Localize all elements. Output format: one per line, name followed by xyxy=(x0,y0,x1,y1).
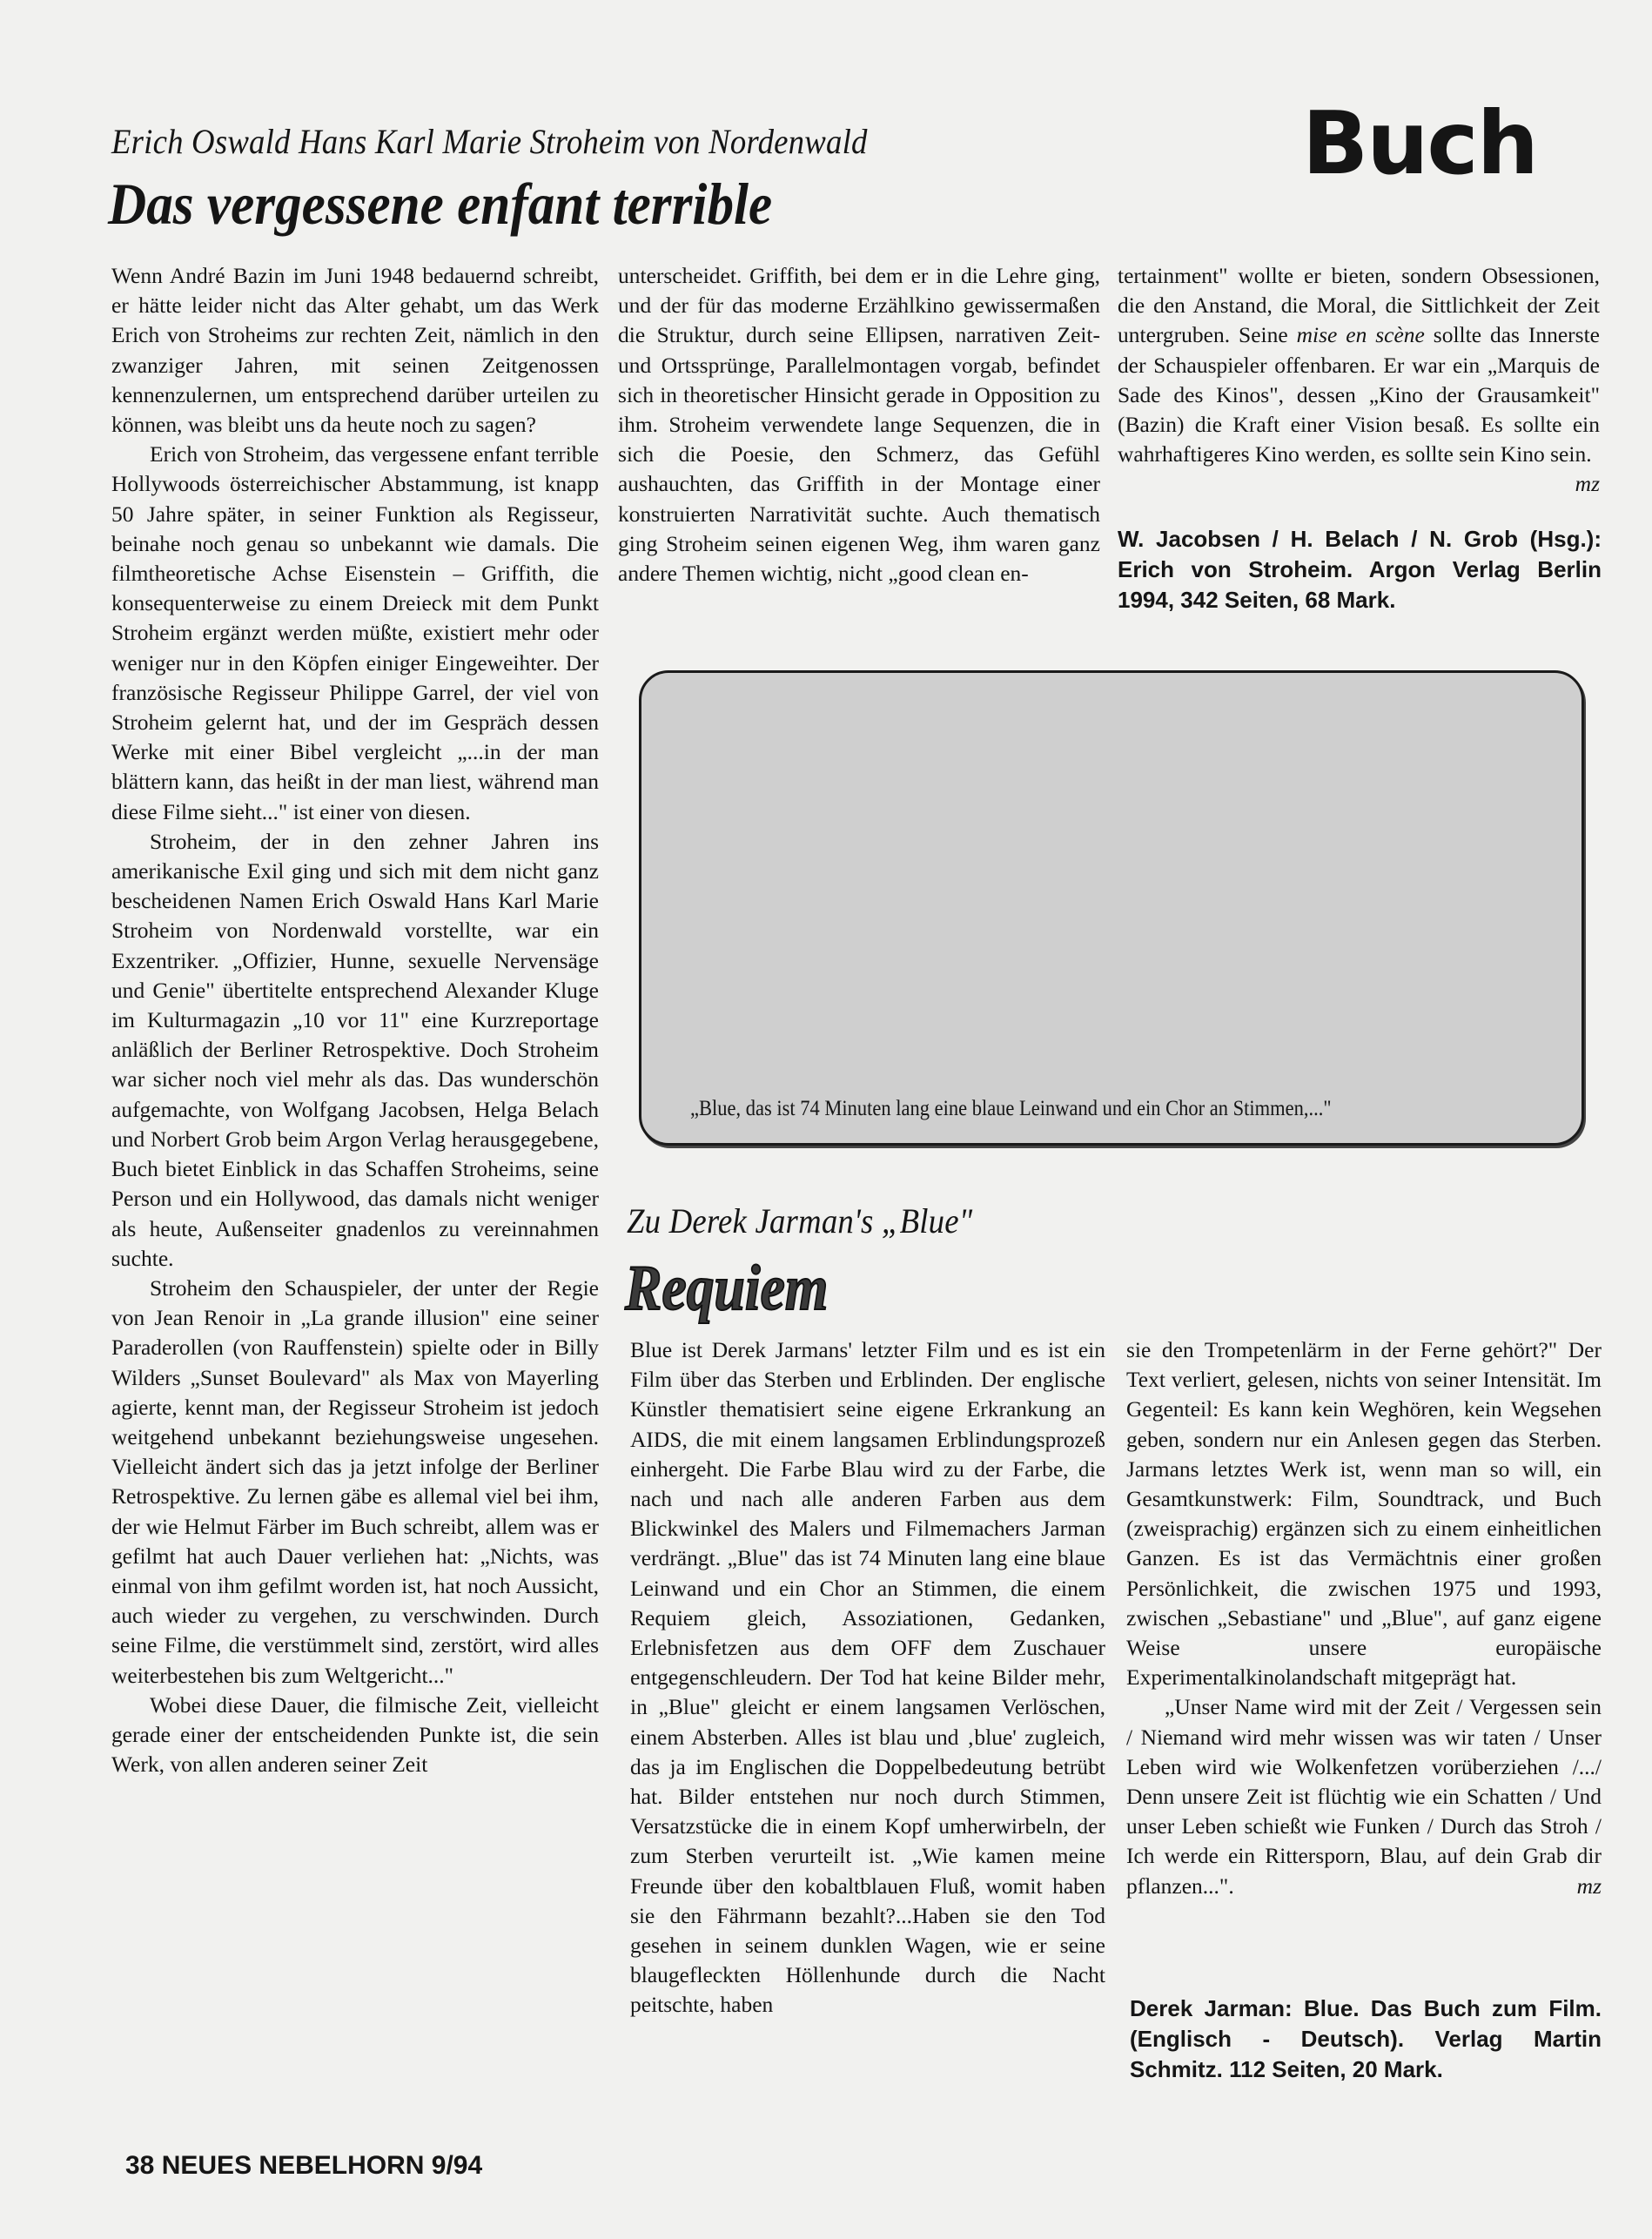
page-footer: 38 NEUES NEBELHORN 9/94 xyxy=(125,2150,482,2182)
paragraph: Stroheim den Schauspieler, der unter der… xyxy=(111,1274,599,1691)
author-signature: mz xyxy=(1118,469,1600,499)
paragraph: unterscheidet. Griffith, bei dem er in d… xyxy=(618,261,1100,588)
article1-column-1: Wenn André Bazin im Juni 1948 bedauernd … xyxy=(111,261,599,1779)
paragraph: „Unser Name wird mit der Zeit / Vergesse… xyxy=(1126,1692,1602,1900)
article2-column-1: Blue ist Derek Jarmans' letzter Film und… xyxy=(630,1335,1105,2020)
article1-column-3: tertainment" wollte er bieten, sondern O… xyxy=(1118,261,1600,500)
article2-kicker: Zu Derek Jarman's „Blue" xyxy=(627,1201,972,1241)
emphasis: mise en scène xyxy=(1297,322,1425,347)
paragraph: sie den Trompetenlärm in der Ferne gehör… xyxy=(1126,1335,1602,1692)
paragraph: Stroheim, der in den zehner Jahren ins a… xyxy=(111,827,599,1274)
paragraph: Blue ist Derek Jarmans' letzter Film und… xyxy=(630,1335,1105,2020)
publication-name: NEUES NEBELHORN 9/94 xyxy=(162,2151,482,2180)
author-signature: mz xyxy=(1539,1872,1602,1901)
article1-headline: Das vergessene enfant terrible xyxy=(108,171,772,237)
section-rubric: Buch xyxy=(1302,96,1537,192)
paragraph: Wenn André Bazin im Juni 1948 bedauernd … xyxy=(111,261,599,440)
film-still-image: „Blue, das ist 74 Minuten lang eine blau… xyxy=(639,670,1584,1146)
article1-book-reference: W. Jacobsen / H. Belach / N. Grob (Hsg.)… xyxy=(1118,524,1602,615)
image-caption: „Blue, das ist 74 Minuten lang eine blau… xyxy=(690,1096,1332,1122)
paragraph: tertainment" wollte er bieten, sondern O… xyxy=(1118,261,1600,469)
paragraph: Erich von Stroheim, das vergessene enfan… xyxy=(111,440,599,827)
article2-column-2: sie den Trompetenlärm in der Ferne gehör… xyxy=(1126,1335,1602,1901)
article2-headline: Requiem xyxy=(625,1254,828,1323)
article1-column-2: unterscheidet. Griffith, bei dem er in d… xyxy=(618,261,1100,588)
article1-kicker: Erich Oswald Hans Karl Marie Stroheim vo… xyxy=(111,122,868,162)
page-number: 38 xyxy=(125,2151,154,2180)
paragraph: Wobei diese Dauer, die filmische Zeit, v… xyxy=(111,1691,599,1780)
article2-book-reference: Derek Jarman: Blue. Das Buch zum Film. (… xyxy=(1130,1994,1602,2085)
